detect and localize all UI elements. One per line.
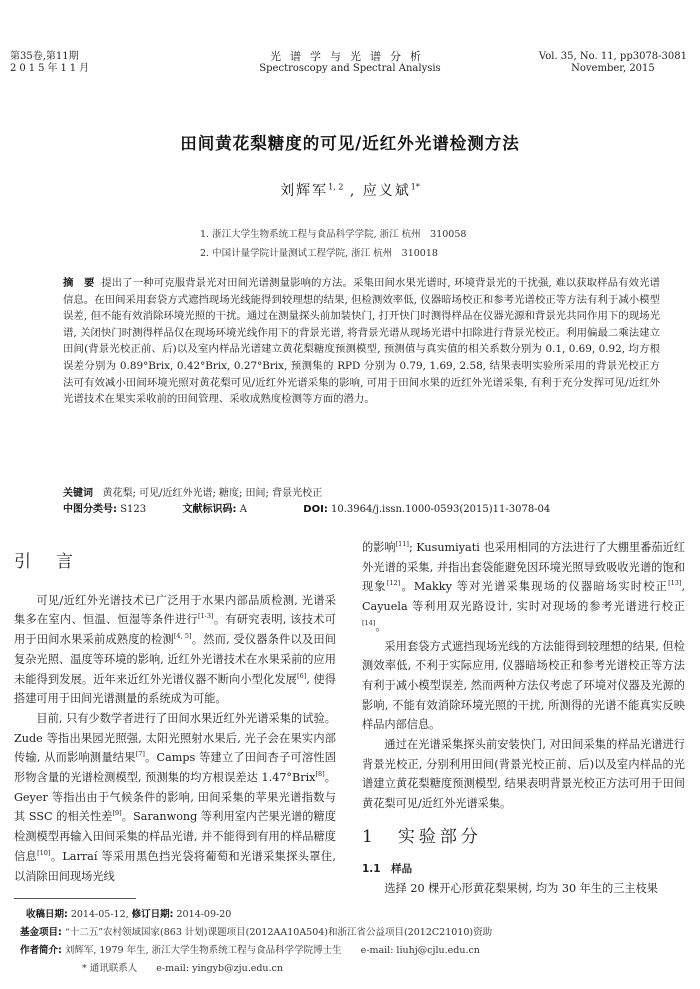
bio-text: 刘辉军, 1979 年生, 浙江大学生物系统工程与食品科学学院博士生 e-mai… xyxy=(65,945,480,956)
author-affiliation-marker: 1* xyxy=(411,182,420,191)
right-column: 的影响[11]; Kusumiyati 也采用相同的方法进行了大棚里番茄近红外光… xyxy=(362,538,685,899)
revised-date: 2014-09-20 xyxy=(177,909,232,920)
abstract: 摘 要 提出了一种可克服背景光对田间光谱测量影响的方法。采集田间水果光谱时, 环… xyxy=(63,275,660,408)
citation[interactable]: [9] xyxy=(113,809,122,817)
left-column: 引 言 可见/近红外光谱技术已广泛用于水果内部品质检测, 光谱采集多在室内、恒温… xyxy=(14,553,336,886)
citation[interactable]: [1-3] xyxy=(198,612,214,620)
citation[interactable]: [14] xyxy=(362,619,375,627)
affiliation: 2. 中国计量学院计量测试工程学院, 浙江 杭州 310018 xyxy=(200,244,466,263)
volume-pages-en: Vol. 35, No. 11, pp3078-3081 xyxy=(539,51,687,63)
citation[interactable]: [11] xyxy=(396,540,409,548)
keywords-label: 关键词 xyxy=(63,488,93,499)
citation[interactable]: [7] xyxy=(136,750,145,758)
doc-code-value: A xyxy=(240,504,247,515)
doc-code-label: 文献标识码: xyxy=(183,504,237,515)
affiliation: 1. 浙江大学生物系统工程与食品科学学院, 浙江 杭州 310058 xyxy=(200,225,466,244)
footnote-dates: 收稿日期: 2014-05-12, 修订日期: 2014-09-20 xyxy=(26,906,231,924)
paper-title: 田间黄花梨糖度的可见/近红外光谱检测方法 xyxy=(0,130,700,154)
bio-label: 作者简介: xyxy=(20,945,62,956)
clc-label: 中图分类号: xyxy=(63,504,117,515)
paragraph: 采用套袋方式遮挡现场光线的方法能得到较理想的结果, 但检测效率低, 不利于实际应… xyxy=(362,637,685,736)
citation[interactable]: [8] xyxy=(315,770,324,778)
paragraph: 可见/近红外光谱技术已广泛用于水果内部品质检测, 光谱采集多在室内、恒温、恒湿等… xyxy=(14,591,336,709)
author-separator: , xyxy=(350,183,356,199)
running-header-right: Vol. 35, No. 11, pp3078-3081 November, 2… xyxy=(539,51,687,75)
citation[interactable]: [4, 5] xyxy=(174,632,192,640)
received-date: 2014-05-12, xyxy=(71,909,129,920)
section-heading-introduction: 引 言 xyxy=(14,553,336,573)
classification-line: 中图分类号: S123 文献标识码: A DOI: 10.3964/j.issn… xyxy=(63,502,663,518)
affiliations: 1. 浙江大学生物系统工程与食品科学学院, 浙江 杭州 310058 2. 中国… xyxy=(200,225,466,263)
clc-value: S123 xyxy=(120,504,146,515)
paragraph: 目前, 只有少数学者进行了田间水果近红外光谱采集的试验。Zude 等指出果园光照… xyxy=(14,709,336,886)
subsection-heading-samples: 1.1 样品 xyxy=(362,860,685,880)
keywords: 关键词 黄花梨; 可见/近红外光谱; 糖度; 田间; 背景光校正 xyxy=(63,486,663,502)
citation[interactable]: [12] xyxy=(387,579,400,587)
citation[interactable]: [13] xyxy=(668,579,681,587)
doi-label: DOI: xyxy=(303,504,328,515)
author-list: 刘辉军1, 2 , 应义斌1* xyxy=(0,180,700,200)
citation[interactable]: [6] xyxy=(297,672,306,680)
fund-text: “十二五”农村领域国家(863 计划)课题项目(2012AA10A504)和浙江… xyxy=(65,927,492,938)
keywords-text: 黄花梨; 可见/近红外光谱; 糖度; 田间; 背景光校正 xyxy=(103,488,323,499)
doi-value[interactable]: 10.3964/j.issn.1000-0593(2015)11-3078-04 xyxy=(331,504,550,515)
author-name: 刘辉军 xyxy=(280,183,328,199)
revised-label: 修订日期: xyxy=(132,909,174,920)
received-label: 收稿日期: xyxy=(26,909,68,920)
citation[interactable]: [10] xyxy=(37,849,50,857)
fund-label: 基金项目: xyxy=(20,927,62,938)
abstract-text: 提出了一种可克服背景光对田间光谱测量影响的方法。采集田间水果光谱时, 环境背景光… xyxy=(63,277,660,405)
paragraph: 选择 20 棵开心形黄花梨果树, 均为 30 年生的三主枝果 xyxy=(362,879,685,899)
footnote-divider xyxy=(14,898,136,899)
paragraph: 通过在光谱采集探头前安装快门, 对田间采集的样品光谱进行背景光校正, 分别利用田… xyxy=(362,735,685,814)
author-affiliation-marker: 1, 2 xyxy=(328,182,343,191)
author-name: 应义斌 xyxy=(363,183,411,199)
section-heading-experimental: 1 实验部分 xyxy=(362,828,685,848)
abstract-label: 摘 要 xyxy=(63,277,94,289)
date-en: November, 2015 xyxy=(539,63,687,75)
paragraph: 的影响[11]; Kusumiyati 也采用相同的方法进行了大棚里番茄近红外光… xyxy=(362,538,685,637)
footnote-funding: 基金项目: “十二五”农村领域国家(863 计划)课题项目(2012AA10A5… xyxy=(20,924,492,942)
footnote-corresponding: * 通讯联系人 e-mail: yingyb@zju.edu.cn xyxy=(82,960,283,978)
footnote-author-bio: 作者简介: 刘辉军, 1979 年生, 浙江大学生物系统工程与食品科学学院博士生… xyxy=(20,942,480,960)
